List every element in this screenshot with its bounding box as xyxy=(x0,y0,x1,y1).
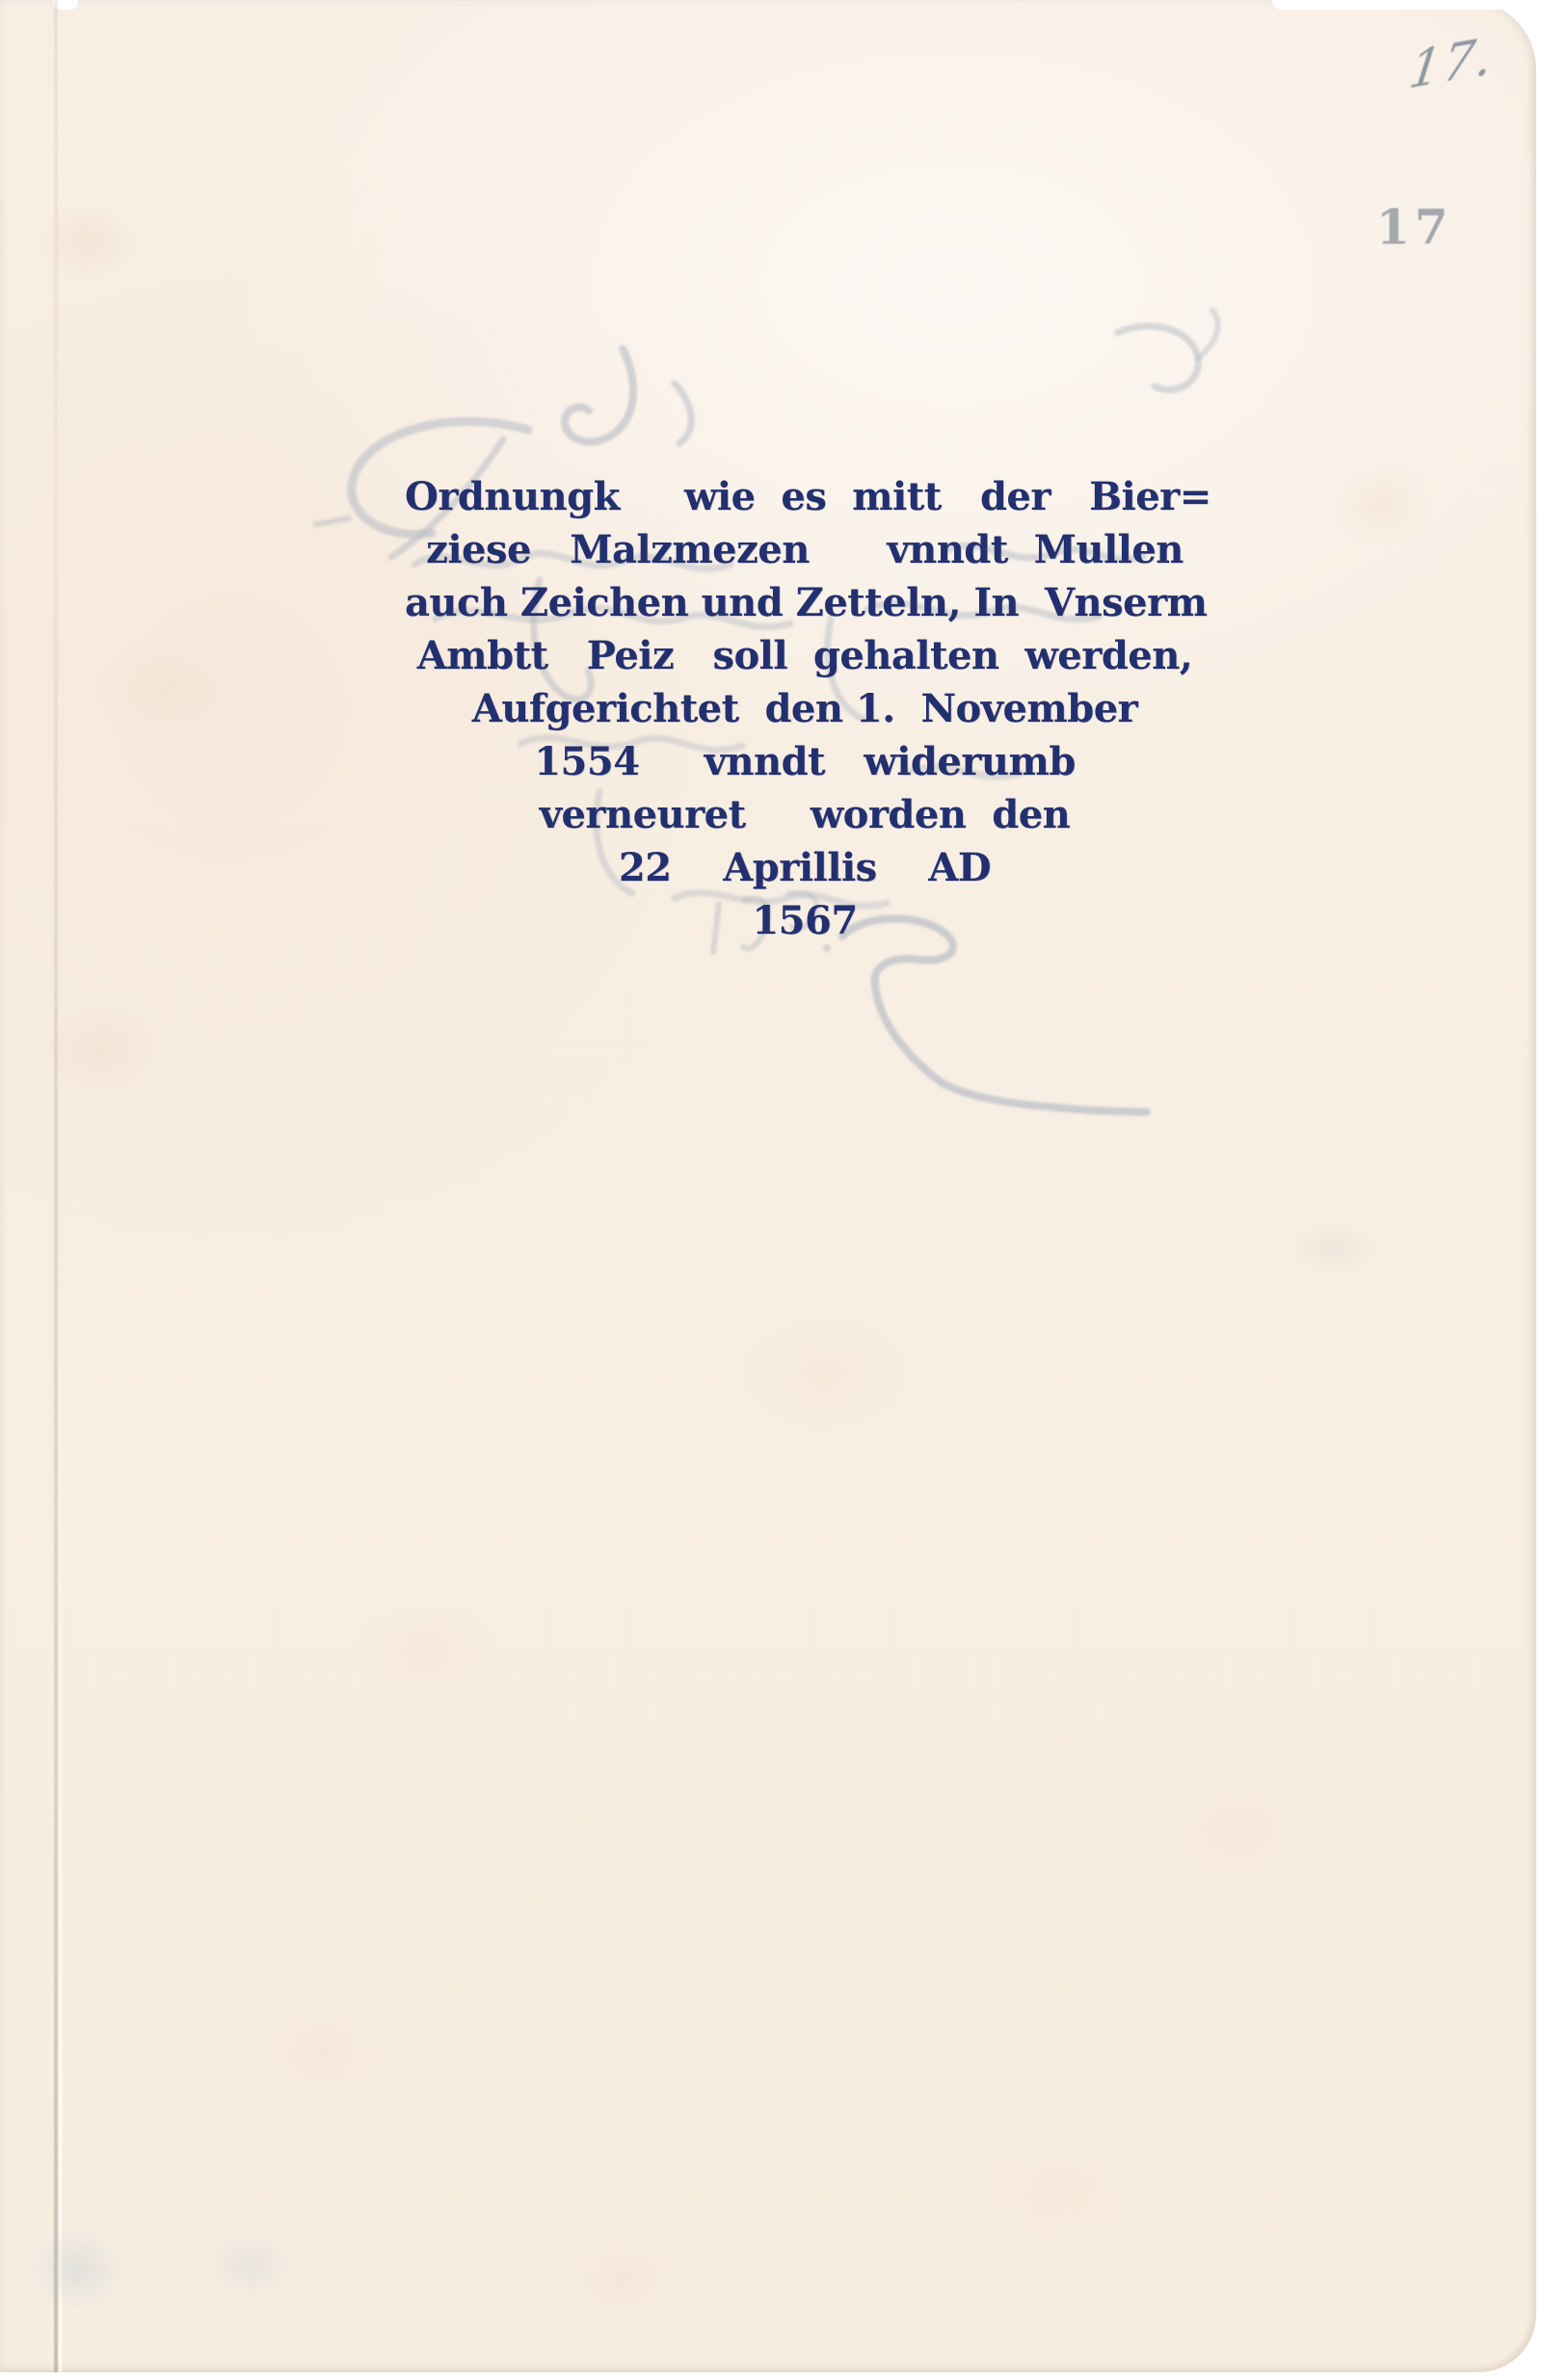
title-line-5: Aufgerichtet den 1. November xyxy=(405,682,1205,735)
page-number-stamp: 17 xyxy=(1376,198,1453,255)
title-line-6: 1554 vnndt widerumb xyxy=(405,735,1205,788)
showthrough-handwriting xyxy=(0,0,1542,2380)
title-line-8: 22 Aprillis AD xyxy=(405,841,1205,894)
title-text-block: Ordnungk wie es mitt der Bier= ziese Mal… xyxy=(405,470,1205,947)
title-line-9: 1567 xyxy=(405,894,1205,947)
title-line-1: Ordnungk wie es mitt der Bier= xyxy=(405,470,1205,523)
scanned-document: 17. 17 Ordnungk wie es mitt der Bier= zi… xyxy=(0,0,1542,2380)
title-line-3: auch Zeichen und Zetteln, In Vnserm xyxy=(405,576,1205,629)
title-line-4: Ambtt Peiz soll gehalten werden, xyxy=(405,629,1205,682)
title-line-2: ziese Malzmezen vnndt Mullen xyxy=(405,523,1205,576)
title-line-7: verneuret worden den xyxy=(405,788,1205,841)
